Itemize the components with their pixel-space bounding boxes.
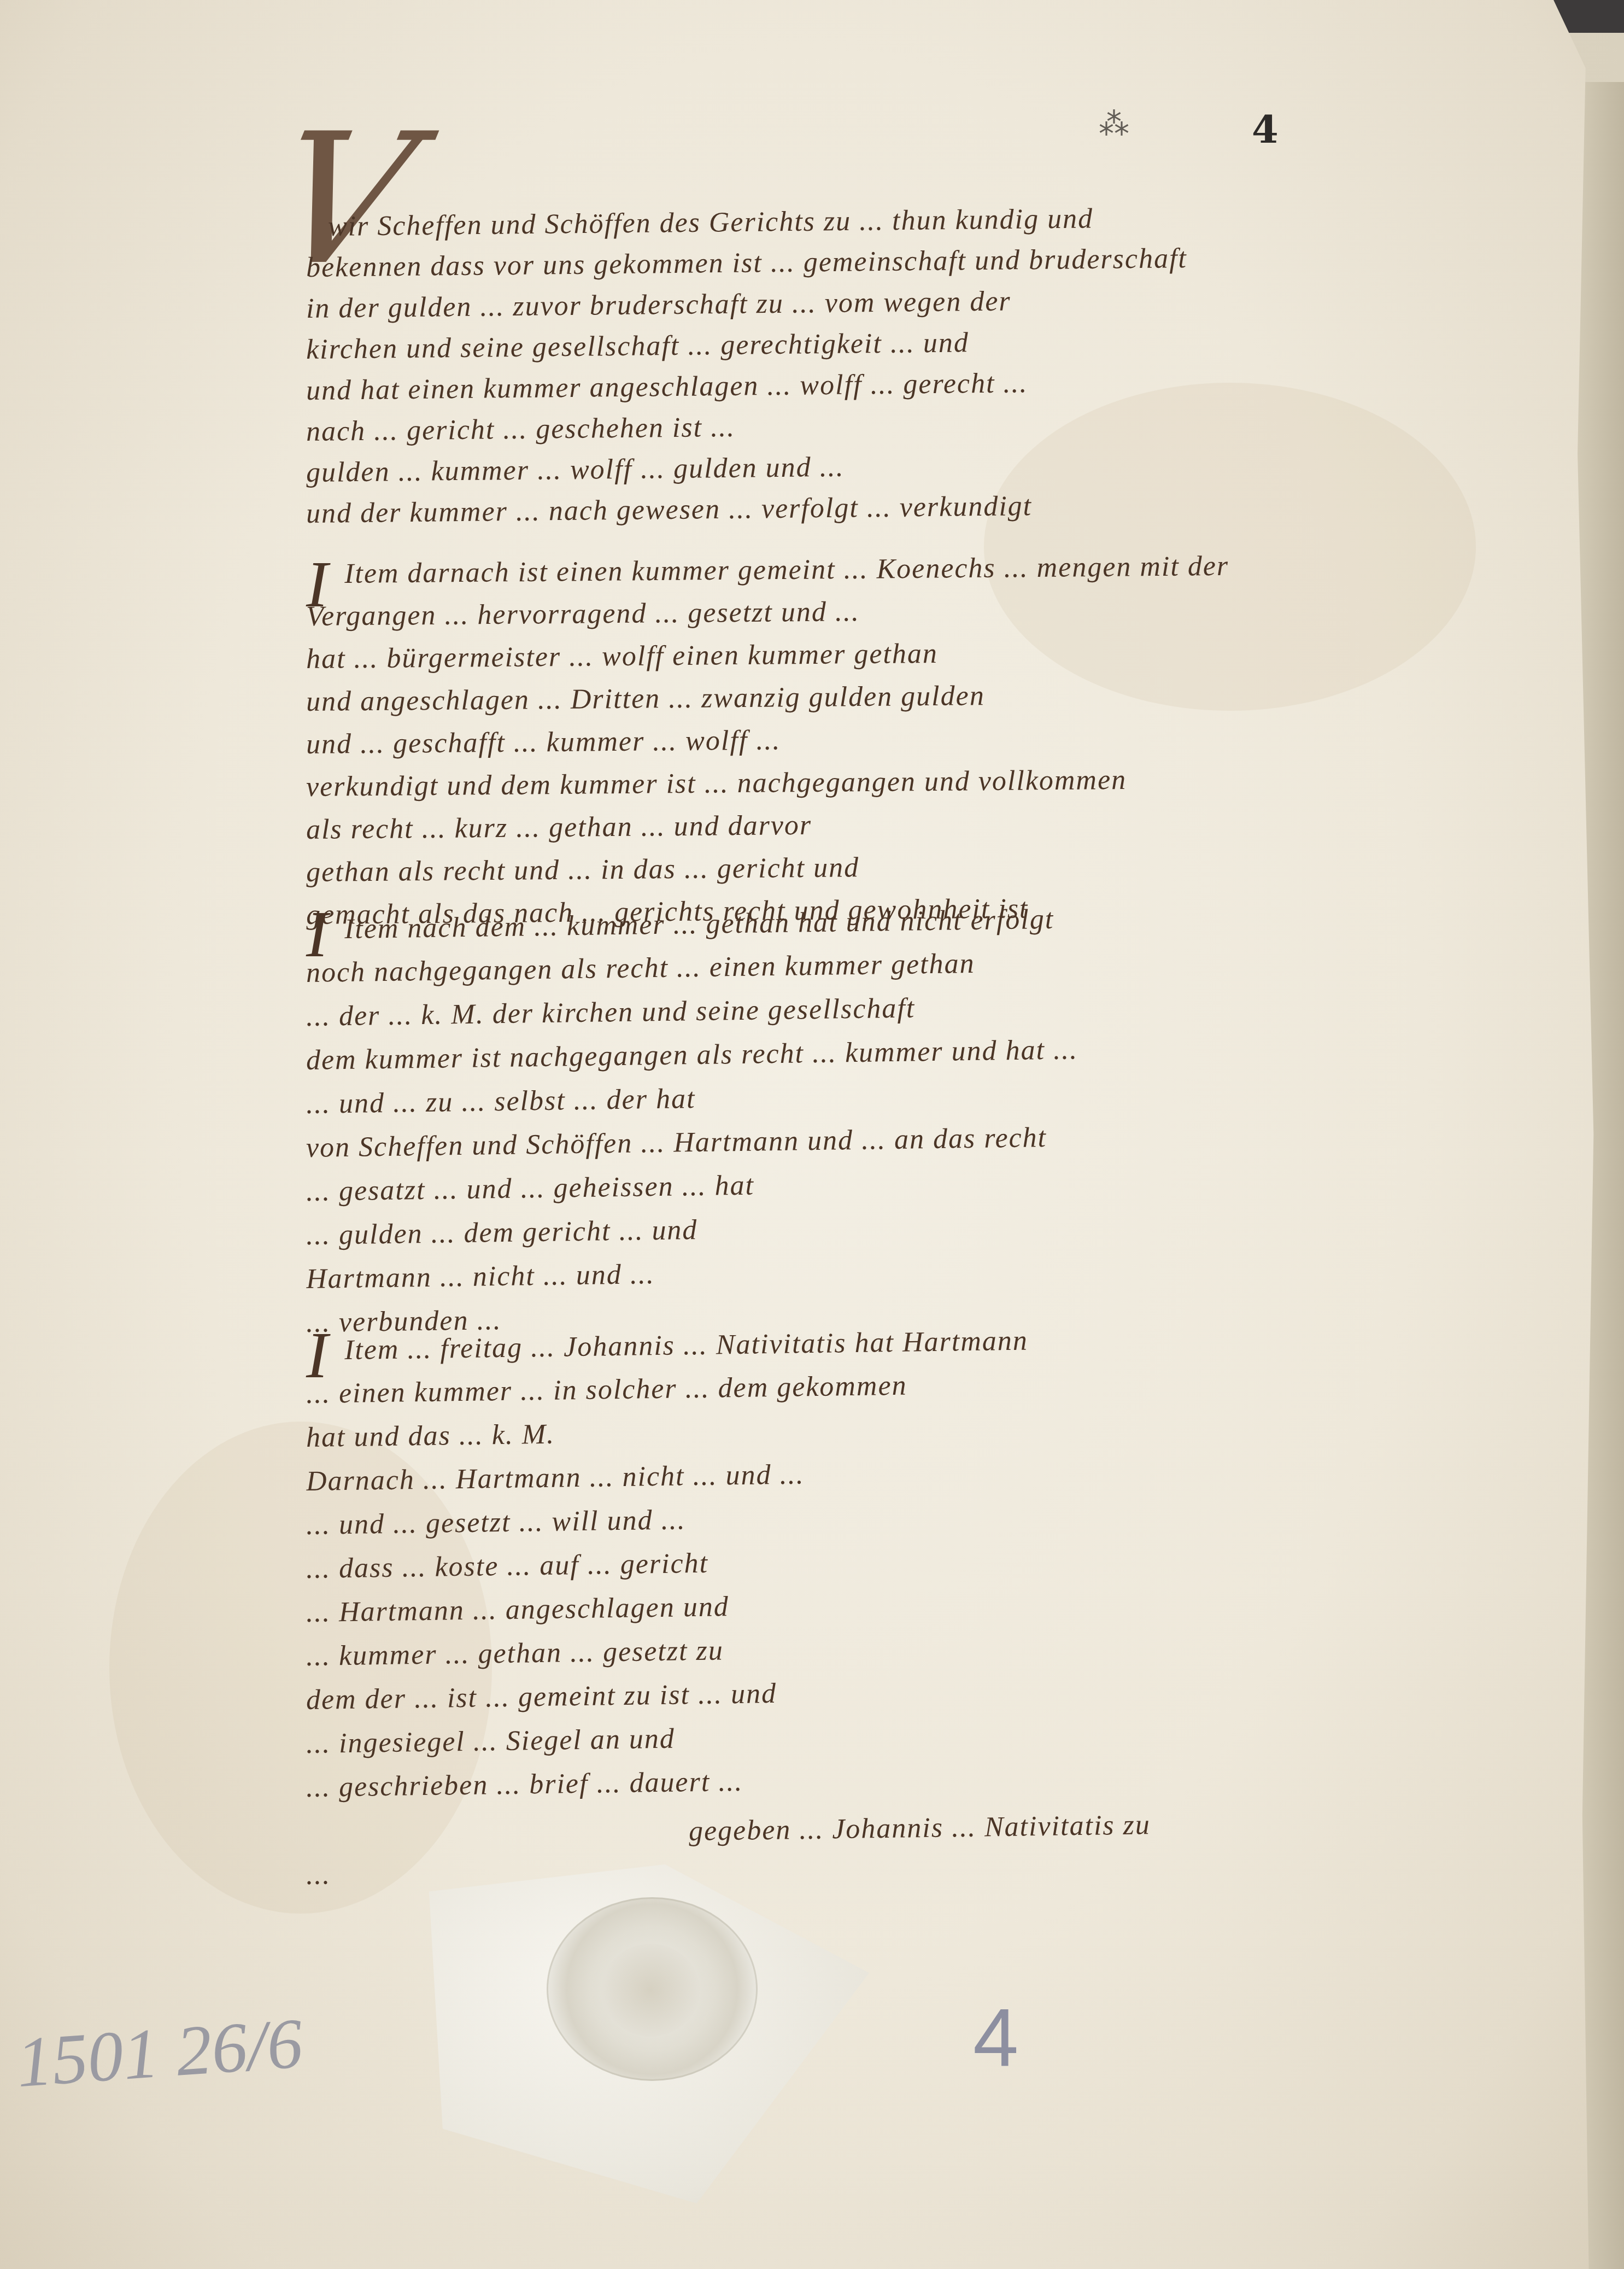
- text-line: ... dass ... koste ... auf ... gericht: [306, 1547, 709, 1584]
- text-line: ... geschrieben ... brief ... dauert ...: [306, 1765, 743, 1803]
- text-line: gethan als recht und ... in das ... geri…: [306, 851, 860, 888]
- text-line: hat ... bürgermeister ... wolff einen ku…: [306, 638, 938, 675]
- text-line: Vergangen ... hervorragend ... gesetzt u…: [306, 595, 860, 632]
- text-line: dem kummer ist nachgegangen als recht ..…: [306, 1033, 1078, 1076]
- pencil-date-annotation: 1501 26/6: [14, 2002, 305, 2104]
- text-line: noch nachgegangen als recht ... einen ku…: [306, 948, 975, 989]
- text-line: kirchen und seine gesellschaft ... gerec…: [306, 326, 969, 365]
- text-line: und angeschlagen ... Dritten ... zwanzig…: [306, 680, 985, 717]
- text-line: und hat einen kummer angeschlagen ... wo…: [306, 367, 1028, 406]
- text-line: ... und ... gesetzt ... will und ...: [306, 1504, 686, 1541]
- text-line: hat und das ... k. M.: [306, 1418, 555, 1453]
- text-line: ...: [306, 1858, 331, 1891]
- text-line: ... und ... zu ... selbst ... der hat: [306, 1083, 696, 1120]
- text-line: ... gesatzt ... und ... geheissen ... ha…: [306, 1169, 755, 1207]
- text-line: und ... geschafft ... kummer ... wolff .…: [306, 724, 781, 760]
- text-line: Darnach ... Hartmann ... nicht ... und .…: [306, 1458, 805, 1497]
- manuscript-page: ⁂ 4 V wir Scheffen und Schöffen des Geri…: [0, 0, 1602, 2269]
- text-line: ... ingesiegel ... Siegel an und: [306, 1723, 676, 1759]
- text-line: ... gulden ... dem gericht ... und: [306, 1214, 698, 1251]
- text-line: gegeben ... Johannis ... Nativitatis zu: [689, 1809, 1151, 1847]
- text-line: von Scheffen und Schöffen ... Hartmann u…: [306, 1121, 1047, 1163]
- text-line: dem der ... ist ... gemeint zu ist ... u…: [306, 1677, 777, 1716]
- text-line: in der gulden ... zuvor bruderschaft zu …: [306, 285, 1011, 324]
- pencil-number-annotation: 4: [973, 1990, 1018, 2085]
- text-line: verkundigt und dem kummer ist ... nachge…: [306, 764, 1127, 803]
- text-line: ... kummer ... gethan ... gesetzt zu: [306, 1634, 724, 1672]
- text-line: als recht ... kurz ... gethan ... und da…: [306, 809, 812, 845]
- paper-stain: [984, 383, 1476, 711]
- text-line: wir Scheffen und Schöffen des Gerichts z…: [328, 202, 1094, 242]
- text-line: Hartmann ... nicht ... und ...: [306, 1258, 655, 1295]
- seal-heraldic-motif: [601, 1944, 700, 2037]
- text-line: und der kummer ... nach gewesen ... verf…: [306, 490, 1033, 529]
- text-line: bekennen dass vor uns gekommen ist ... g…: [306, 242, 1187, 283]
- text-line: ... Hartmann ... angeschlagen und: [306, 1590, 729, 1628]
- shelfmark-stamp: ⁂: [1099, 107, 1129, 142]
- text-line: gulden ... kummer ... wolff ... gulden u…: [306, 451, 845, 488]
- text-line: ... der ... k. M. der kirchen und seine …: [306, 992, 916, 1032]
- folio-number: 4: [1252, 107, 1279, 152]
- text-line: ... einen kummer ... in solcher ... dem …: [306, 1370, 907, 1410]
- text-line: nach ... gericht ... geschehen ist ...: [306, 411, 736, 447]
